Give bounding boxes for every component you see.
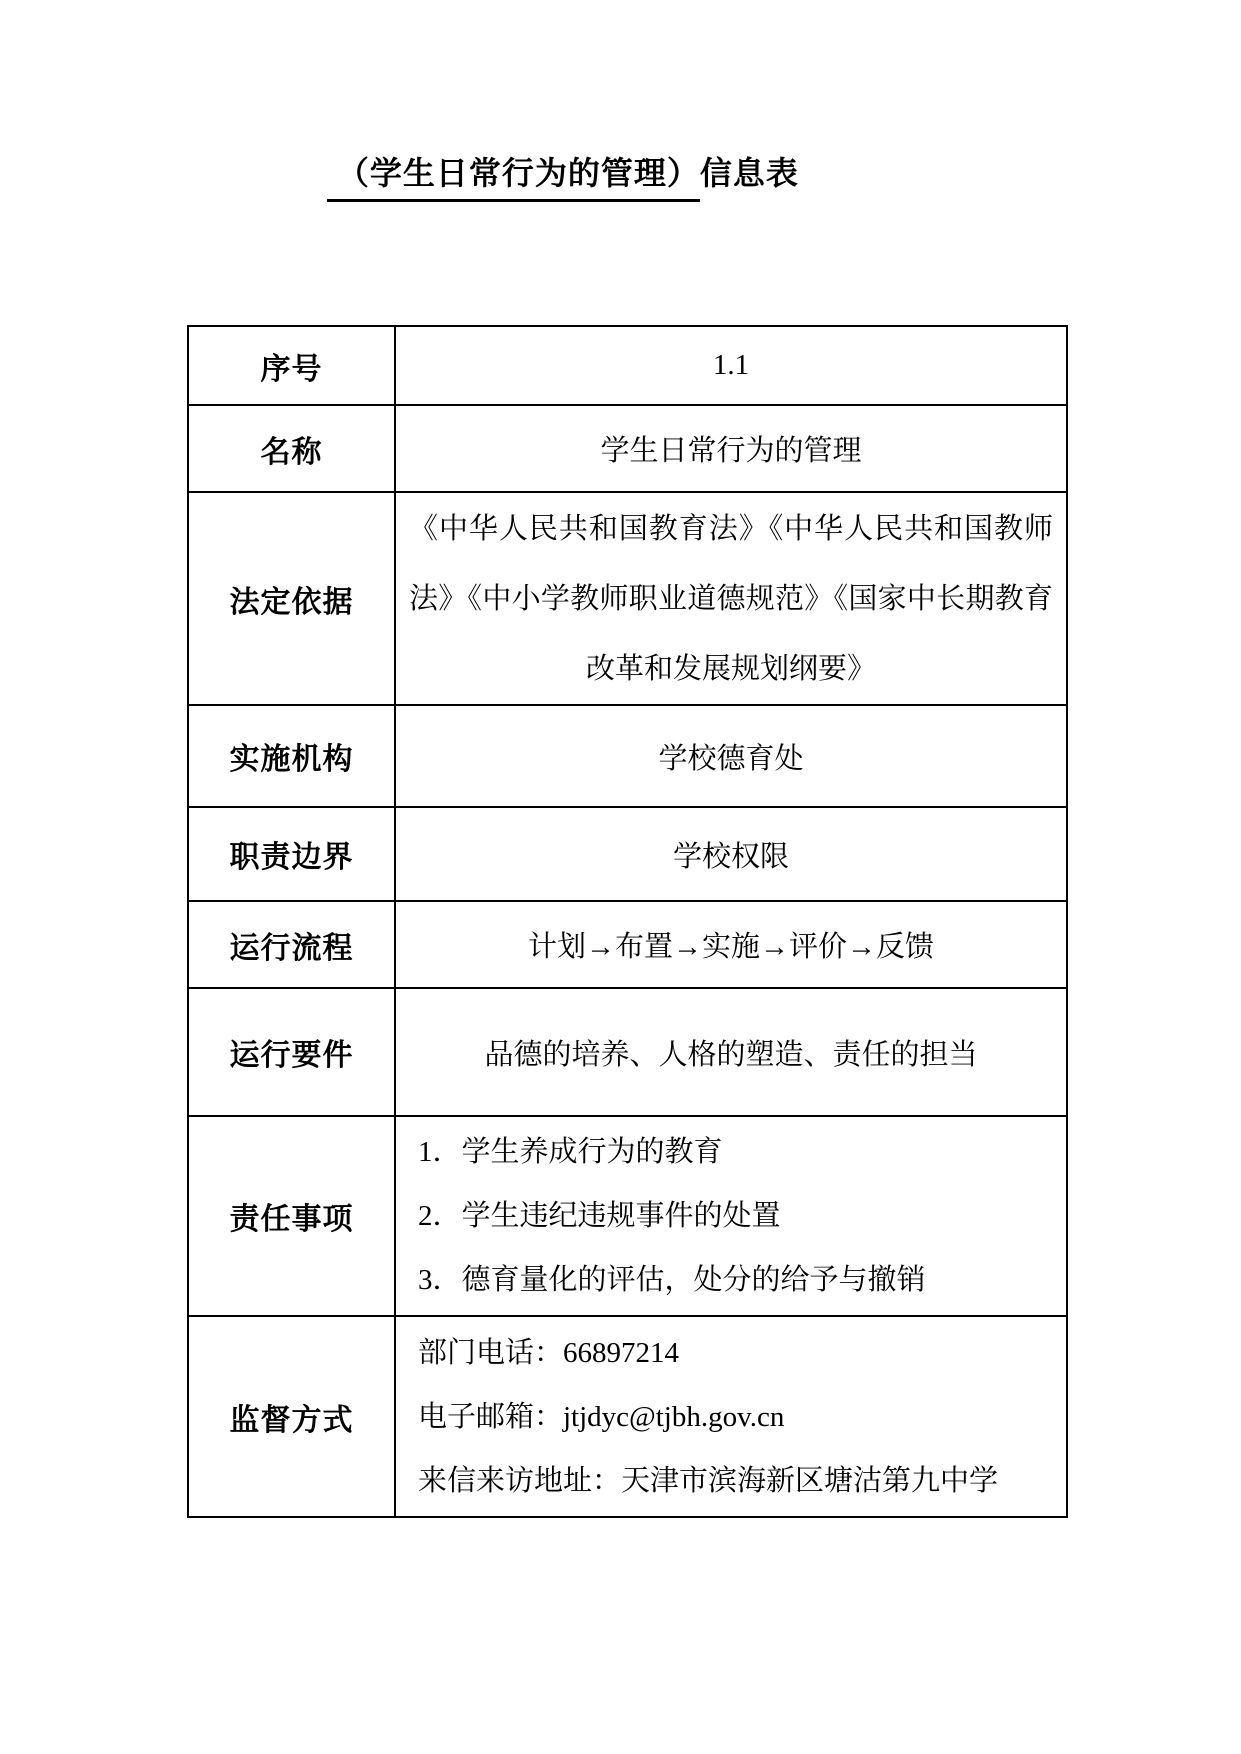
row-label-jiandu-fangshi: 监督方式 — [188, 1316, 395, 1517]
row-value-yunxing-yaojian: 品德的培养、人格的塑造、责任的担当 — [395, 988, 1067, 1116]
row-label-fading-yiju: 法定依据 — [188, 492, 395, 705]
table-row-yunxing-liucheng: 运行流程 计划→布置→实施→评价→反馈 — [188, 901, 1067, 988]
row-value-xuhao: 1.1 — [395, 326, 1067, 405]
row-value-shishi-jigou: 学校德育处 — [395, 705, 1067, 807]
zeren-item-2: 2．学生违纪违规事件的处置 — [418, 1184, 1058, 1248]
page-title: （学生日常行为的管理）信息表 — [327, 148, 799, 194]
row-value-zeren-shixiang: 1．学生养成行为的教育 2．学生违纪违规事件的处置 3．德育量化的评估，处分的给… — [395, 1116, 1067, 1316]
row-value-jiandu-fangshi: 部门电话：66897214 电子邮箱：jtjdyc@tjbh.gov.cn 来信… — [395, 1316, 1067, 1517]
jiandu-email-line: 电子邮箱：jtjdyc@tjbh.gov.cn — [418, 1385, 1058, 1449]
zeren-item-1: 1．学生养成行为的教育 — [418, 1120, 1058, 1184]
table-row-jiandu-fangshi: 监督方式 部门电话：66897214 电子邮箱：jtjdyc@tjbh.gov.… — [188, 1316, 1067, 1517]
table-row-mingcheng: 名称 学生日常行为的管理 — [188, 405, 1067, 492]
jiandu-phone-line: 部门电话：66897214 — [418, 1321, 1058, 1385]
row-label-yunxing-liucheng: 运行流程 — [188, 901, 395, 988]
table-row-xuhao: 序号 1.1 — [188, 326, 1067, 405]
row-value-fading-yiju: 《中华人民共和国教育法》《中华人民共和国教师法》《中小学教师职业道德规范》《国家… — [395, 492, 1067, 705]
document-page: （学生日常行为的管理）信息表 序号 1.1 名称 学生日常行为的管理 法定依据 … — [0, 0, 1241, 1754]
table-row-zeren-shixiang: 责任事项 1．学生养成行为的教育 2．学生违纪违规事件的处置 3．德育量化的评估… — [188, 1116, 1067, 1316]
row-label-zeren-shixiang: 责任事项 — [188, 1116, 395, 1316]
row-value-zhize-bianjie: 学校权限 — [395, 807, 1067, 901]
row-label-yunxing-yaojian: 运行要件 — [188, 988, 395, 1116]
page-title-underlined-part: （学生日常行为的管理） — [327, 155, 700, 202]
zeren-item-3: 3．德育量化的评估，处分的给予与撤销 — [418, 1248, 1058, 1312]
row-label-mingcheng: 名称 — [188, 405, 395, 492]
jiandu-address-line: 来信来访地址：天津市滨海新区塘沽第九中学 — [418, 1449, 1058, 1513]
row-value-yunxing-liucheng: 计划→布置→实施→评价→反馈 — [395, 901, 1067, 988]
table-row-fading-yiju: 法定依据 《中华人民共和国教育法》《中华人民共和国教师法》《中小学教师职业道德规… — [188, 492, 1067, 705]
row-label-zhize-bianjie: 职责边界 — [188, 807, 395, 901]
table-row-zhize-bianjie: 职责边界 学校权限 — [188, 807, 1067, 901]
info-table: 序号 1.1 名称 学生日常行为的管理 法定依据 《中华人民共和国教育法》《中华… — [187, 325, 1068, 1518]
row-label-shishi-jigou: 实施机构 — [188, 705, 395, 807]
table-row-yunxing-yaojian: 运行要件 品德的培养、人格的塑造、责任的担当 — [188, 988, 1067, 1116]
row-label-xuhao: 序号 — [188, 326, 395, 405]
row-value-mingcheng: 学生日常行为的管理 — [395, 405, 1067, 492]
page-title-suffix: 信息表 — [700, 155, 799, 191]
table-row-shishi-jigou: 实施机构 学校德育处 — [188, 705, 1067, 807]
